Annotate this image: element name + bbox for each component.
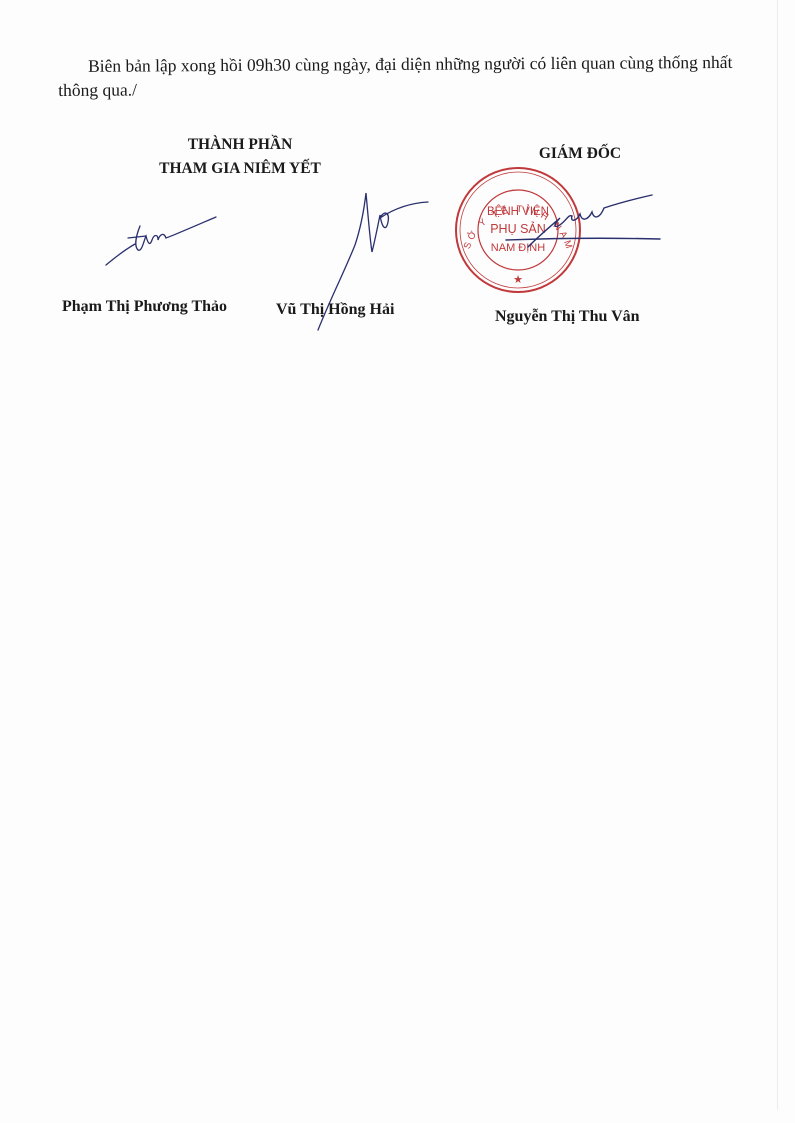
svg-text:★: ★: [513, 274, 523, 286]
signer-name-1: Phạm Thị Phương Thảo: [62, 298, 227, 316]
svg-text:NAM ĐỊNH: NAM ĐỊNH: [491, 242, 545, 254]
svg-text:BỆNH VIỆN: BỆNH VIỆN: [487, 205, 549, 218]
official-stamp-icon: SỞ Y TẾ TỈNH NAM ĐỊNH BỆNH VIỆN PHỤ SẢN …: [0, 0, 580, 292]
document-page: Biên bản lập xong hồi 09h30 cùng ngày, đ…: [0, 0, 795, 1123]
signature-1-icon: [106, 217, 216, 265]
signer-name-2: Vũ Thị Hồng Hải: [276, 301, 394, 319]
signature-3-icon: [506, 195, 660, 247]
svg-text:SỞ Y TẾ TỈNH NAM ĐỊNH: SỞ Y TẾ TỈNH NAM ĐỊNH: [0, 0, 576, 258]
director-name: Nguyễn Thị Thu Vân: [495, 308, 640, 326]
signatures-and-stamp: SỞ Y TẾ TỈNH NAM ĐỊNH BỆNH VIỆN PHỤ SẢN …: [0, 0, 795, 400]
svg-text:PHỤ SẢN: PHỤ SẢN: [490, 221, 546, 236]
